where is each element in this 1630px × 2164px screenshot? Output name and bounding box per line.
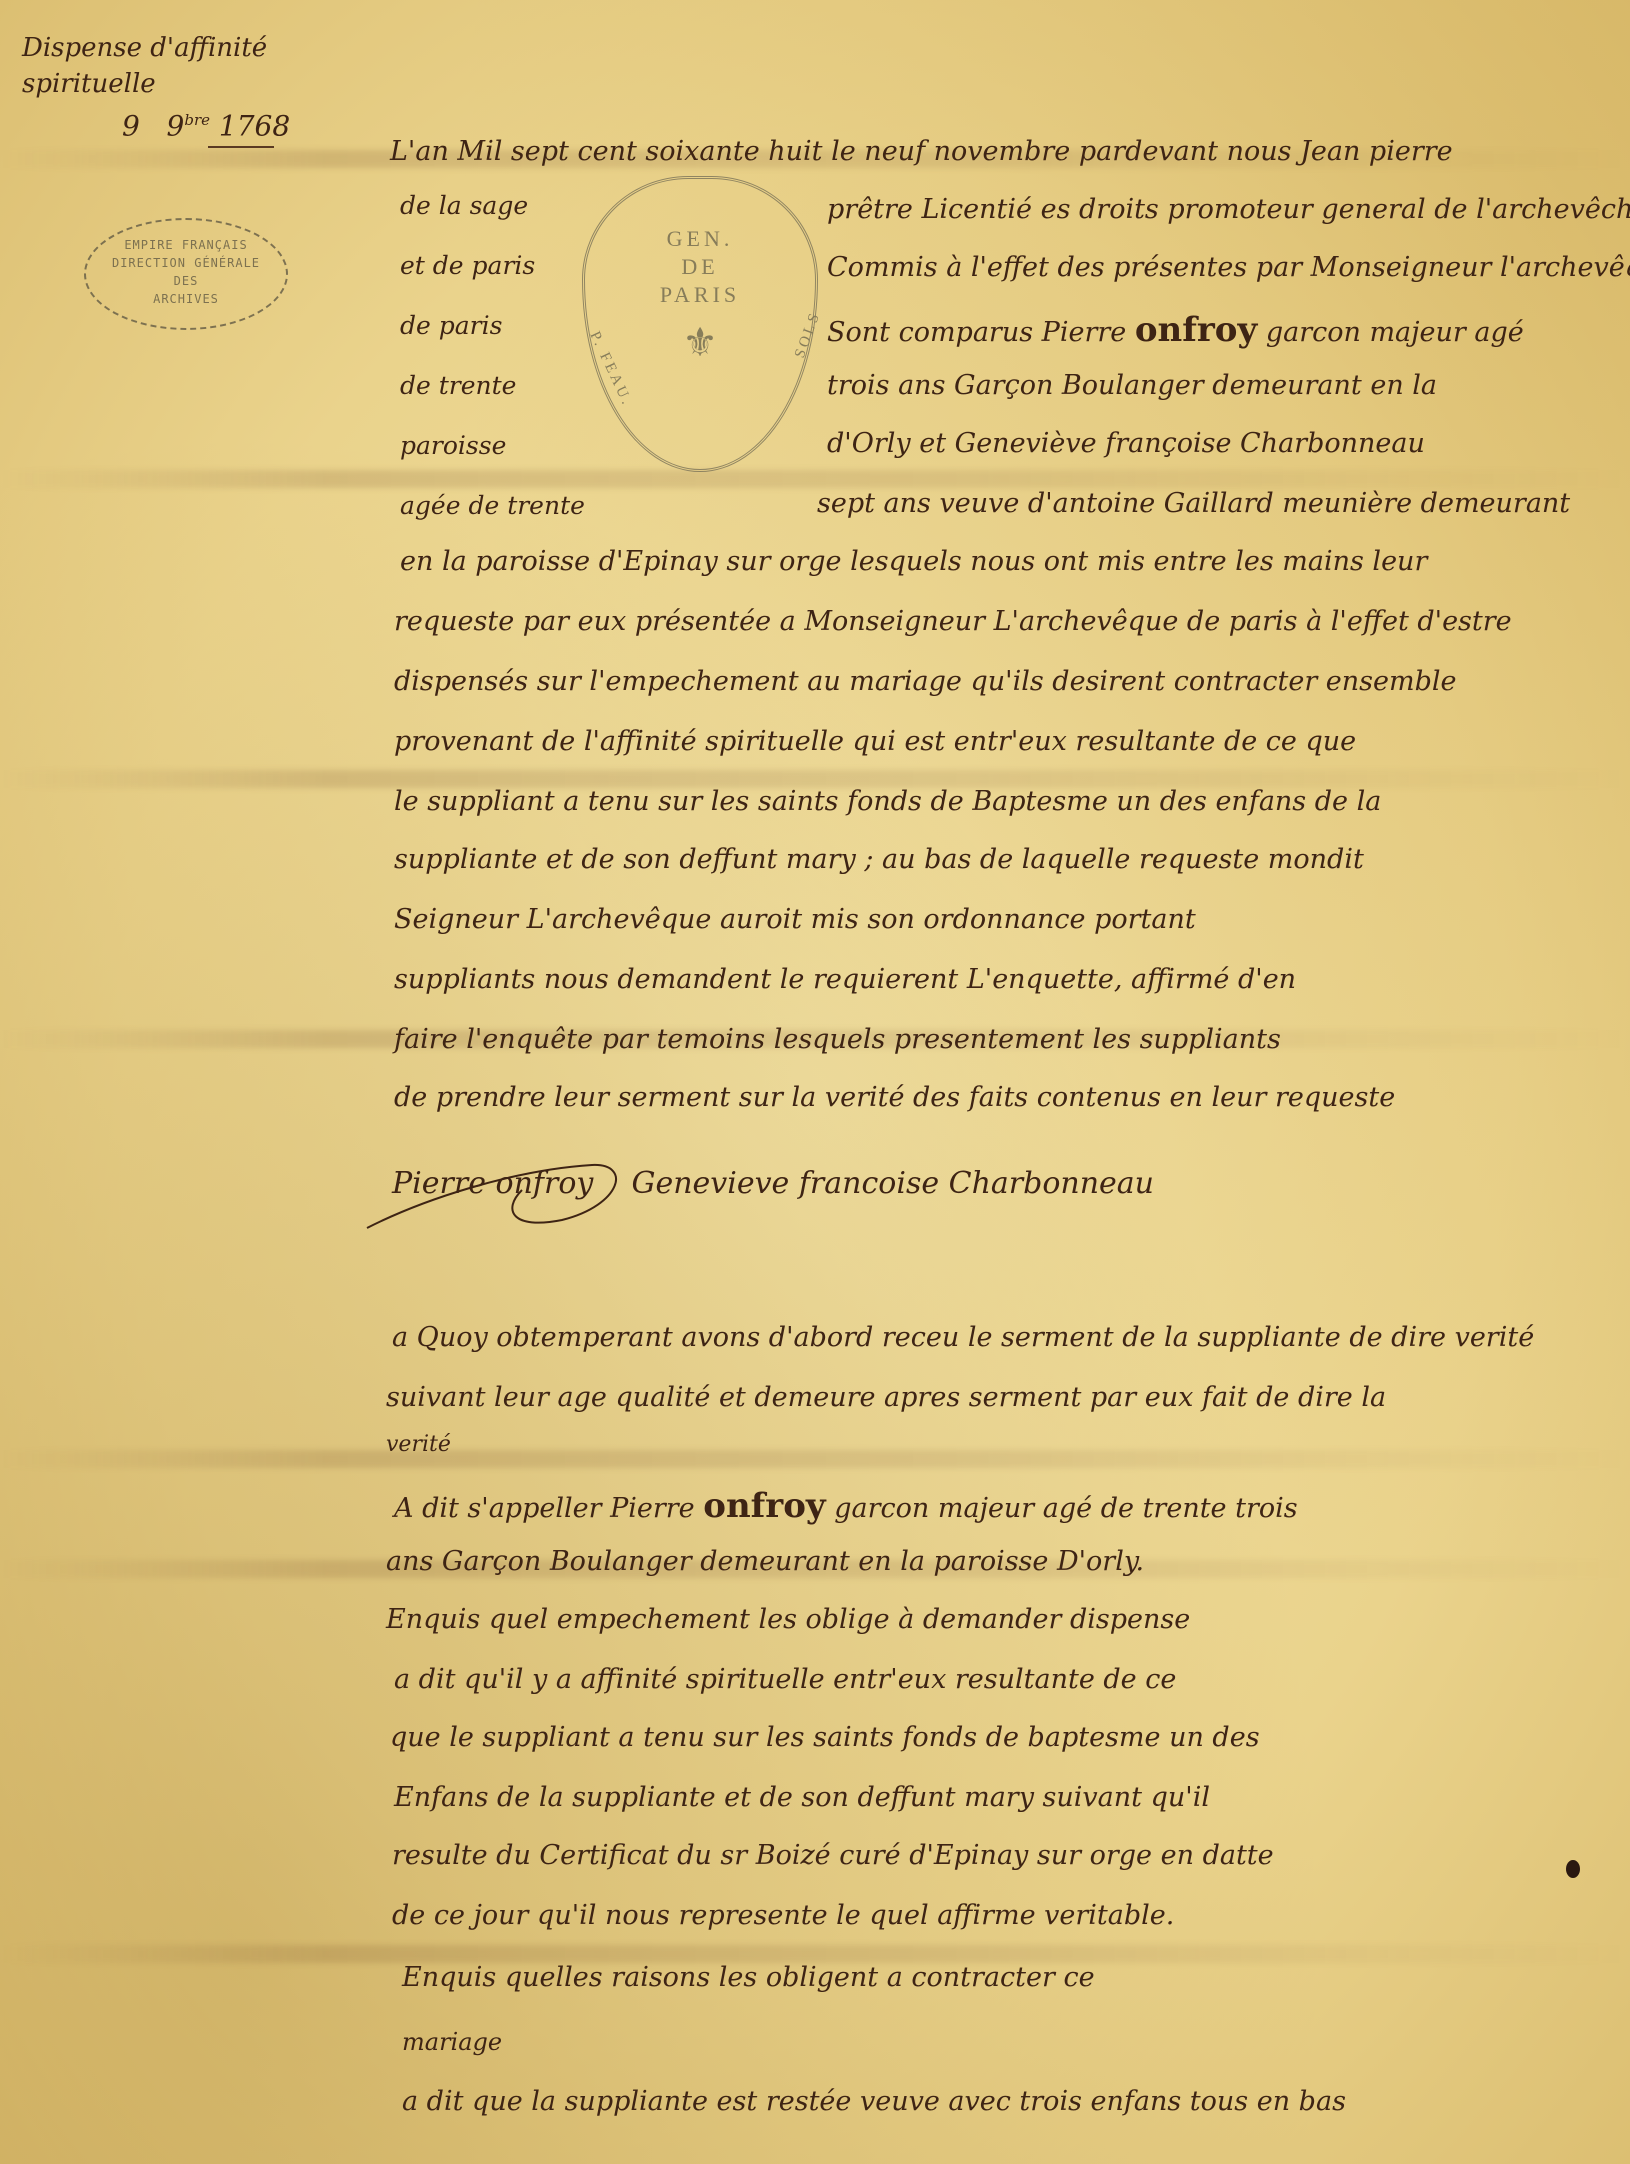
bleed-through <box>0 1450 1630 1468</box>
generality-seal: GEN. DE PARIS ⚜ P. FEAU. SOLS <box>582 176 818 472</box>
date-underline <box>208 146 274 148</box>
bleed-through <box>0 470 1630 488</box>
fleur-de-lis-icon: ⚜ <box>585 319 815 366</box>
surname-onfroy: onfroy <box>703 1486 825 1526</box>
manuscript-page: Dispense d'affinité spirituelle 9 9bre 1… <box>0 0 1630 2164</box>
signature-flourish-icon <box>362 1150 642 1230</box>
left-column-text: de la sage et de paris de paris de trent… <box>400 176 580 536</box>
body-line-appeller: A dit s'appeller Pierre onfroy garcon ma… <box>394 1486 1298 1526</box>
margin-note-date: 9 9bre 1768 <box>122 102 402 144</box>
signature-bride: Genevieve francoise Charbonneau <box>632 1166 1155 1201</box>
body-line-comparus: Sont comparus Pierre onfroy garcon majeu… <box>827 310 1524 350</box>
ink-blot <box>1566 1860 1580 1878</box>
surname-onfroy: onfroy <box>1135 310 1257 350</box>
archives-stamp: EMPIRE FRANÇAIS DIRECTION GÉNÉRALE DES A… <box>84 218 288 330</box>
margin-note: Dispense d'affinité spirituelle 9 9bre 1… <box>22 30 402 148</box>
margin-note-title: Dispense d'affinité spirituelle <box>22 33 267 99</box>
bleed-through <box>0 1945 1630 1963</box>
